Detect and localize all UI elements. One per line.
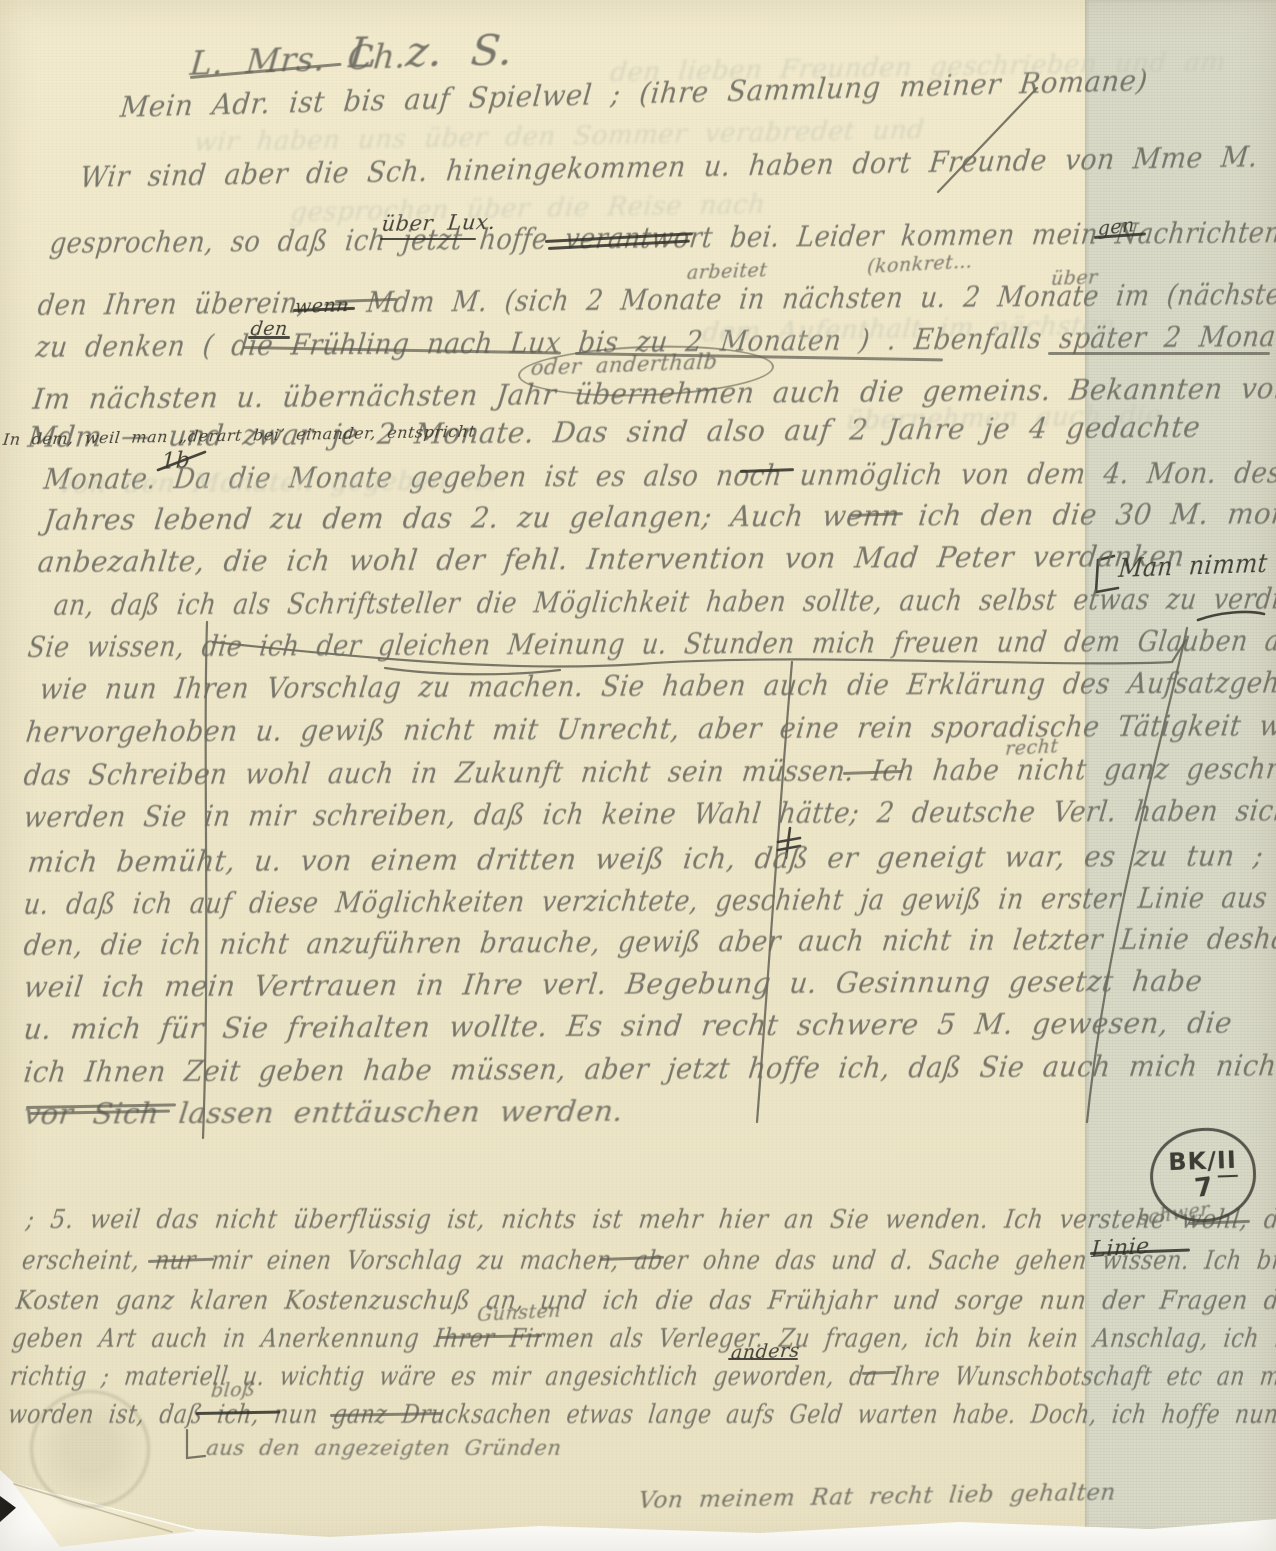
handwriting-line: an, daß ich als Schriftsteller die Mögli… — [52, 581, 1276, 622]
strikethrough-mark — [1048, 352, 1270, 355]
handwriting-line: übernehmen auch die — [845, 401, 1163, 437]
archive-stamp-number: 7 — [1193, 1172, 1215, 1204]
strikethrough-mark — [728, 1358, 798, 1360]
handwriting-line: über — [1050, 266, 1099, 290]
archive-stamp-code: BK/II — [1168, 1146, 1237, 1176]
manuscript-page: L. Mrs. Ch.L z. S.Mein Adr. ist bis auf … — [0, 0, 1276, 1551]
handwriting-line: werden Sie in mir schreiben, daß ich kei… — [22, 793, 1276, 834]
handwriting-line: erscheint, nur mir einen Vorschlag zu ma… — [20, 1246, 1276, 1276]
handwriting-line: richtig ; materiell u. wichtig wäre es m… — [8, 1362, 1276, 1392]
handwriting-line: anbezahlte, die ich wohl der fehl. Inter… — [36, 539, 1187, 579]
handwriting-line: (konkret… — [866, 250, 973, 278]
handwriting-layer: L. Mrs. Ch.L z. S.Mein Adr. ist bis auf … — [0, 0, 1276, 1551]
handwriting-line: geben Art auch in Anerkennung Ihrer Firm… — [10, 1324, 1276, 1354]
handwriting-line: hervorgehoben u. gewiß nicht mit Unrecht… — [24, 708, 1276, 749]
handwriting-line: wie nun Ihren Vorschlag zu machen. Sie h… — [38, 665, 1276, 706]
handwriting-line: wenn — [294, 294, 350, 318]
handwriting-line: den, die ich nicht anzuführen brauche, g… — [22, 921, 1276, 962]
handwriting-line: bloß — [210, 1378, 256, 1402]
handwriting-line: worden ist, daß ich, nun ganz Drucksache… — [6, 1400, 1276, 1430]
handwriting-line: Man nimmt — [1117, 549, 1269, 584]
handwriting-line: u. mich für Sie freihalten wollte. Es si… — [22, 1006, 1234, 1046]
handwriting-line: anders — [730, 1340, 801, 1364]
handwriting-line: aus den angezeigten Gründen — [205, 1436, 563, 1460]
handwriting-line: Von meinem Rat recht lieb gehalten — [637, 1480, 1117, 1514]
handwriting-line: weil ich mein Vertrauen in Ihre verl. Be… — [22, 964, 1204, 1004]
handwriting-line: recht — [1004, 735, 1059, 760]
handwriting-line: u. daß ich auf diese Möglichkeiten verzi… — [22, 880, 1276, 921]
strikethrough-mark — [380, 238, 476, 240]
handwriting-line: ich Ihnen Zeit geben habe müssen, aber j… — [22, 1048, 1276, 1089]
strikethrough-mark — [248, 336, 290, 339]
handwriting-line: Sie wissen, die ich der gleichen Meinung… — [26, 623, 1276, 664]
handwriting-line: L z. S. — [347, 25, 516, 77]
handwriting-line: ; 5. weil das nicht überflüssig ist, nic… — [24, 1205, 1276, 1235]
handwriting-line: Gunsten — [476, 1300, 561, 1327]
handwriting-line: mich bemüht, u. von einem dritten weiß i… — [26, 839, 1265, 879]
handwriting-line: Kosten ganz klaren Kostenzuschuß an, und… — [14, 1286, 1276, 1316]
handwriting-line: arbeitet — [686, 259, 768, 284]
handwriting-line: das Schreiben wohl auch in Zukunft nicht… — [22, 751, 1276, 792]
handwriting-line: von den Monaten gegeben ist — [57, 466, 501, 500]
handwriting-line: Jahres lebend zu dem das 2. zu gelangen;… — [42, 496, 1276, 537]
